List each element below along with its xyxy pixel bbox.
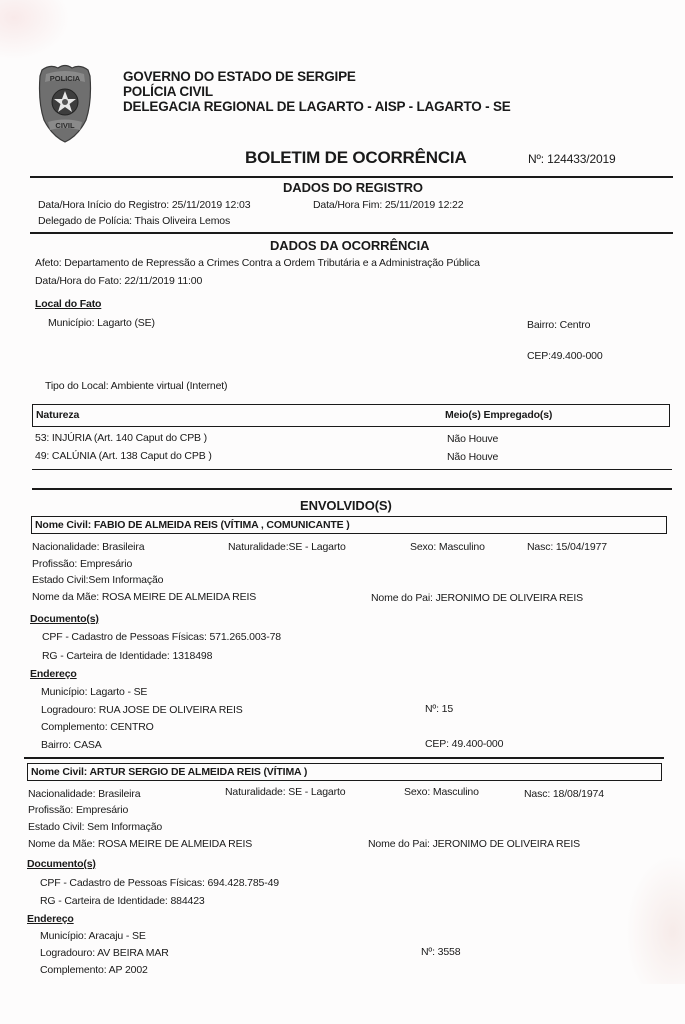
report-number: Nº: 124433/2019 xyxy=(528,152,616,166)
endereco-municipio: Município: Lagarto - SE xyxy=(41,686,147,698)
local-bairro: Bairro: Centro xyxy=(527,319,590,331)
person-sexo: Sexo: Masculino xyxy=(410,541,485,553)
column-header-natureza: Natureza xyxy=(36,409,79,421)
person-rg: RG - Carteira de Identidade: 1318498 xyxy=(42,650,212,662)
person-name: Nome Civil: ARTUR SERGIO DE ALMEIDA REIS… xyxy=(31,766,307,778)
section-heading-registro: DADOS DO REGISTRO xyxy=(283,180,423,195)
endereco-logradouro: Logradouro: RUA JOSE DE OLIVEIRA REIS xyxy=(41,704,243,716)
person-nasc: Nasc: 15/04/1977 xyxy=(527,541,607,553)
paper-stain xyxy=(625,854,685,984)
person-nacionalidade: Nacionalidade: Brasileira xyxy=(32,541,144,553)
ocorrencia-afeto: Afeto: Departamento de Repressão a Crime… xyxy=(35,257,480,269)
person-nasc: Nasc: 18/08/1974 xyxy=(524,788,604,800)
paper-stain xyxy=(0,0,70,60)
meio-cell: Não Houve xyxy=(447,433,498,445)
registro-fim: Data/Hora Fim: 25/11/2019 12:22 xyxy=(313,199,463,211)
person-naturalidade: Naturalidade:SE - Lagarto xyxy=(228,541,346,553)
person-mae: Nome da Mãe: ROSA MEIRE DE ALMEIDA REIS xyxy=(32,591,256,603)
person-sexo: Sexo: Masculino xyxy=(404,786,479,798)
person-name: Nome Civil: FABIO DE ALMEIDA REIS (VÍTIM… xyxy=(35,519,350,531)
natureza-table-header: Natureza Meio(s) Empregado(s) xyxy=(32,404,670,427)
endereco-cep: CEP: 49.400-000 xyxy=(425,738,503,750)
person-profissao: Profissão: Empresário xyxy=(32,558,132,570)
divider xyxy=(32,469,672,470)
section-heading-ocorrencia: DADOS DA OCORRÊNCIA xyxy=(270,238,429,253)
header-agency: POLÍCIA CIVIL xyxy=(123,84,213,99)
natureza-cell: 53: INJÚRIA (Art. 140 Caput do CPB ) xyxy=(35,432,207,444)
subheading-documentos: Documento(s) xyxy=(30,613,99,625)
person-naturalidade: Naturalidade: SE - Lagarto xyxy=(225,786,345,798)
person-cpf: CPF - Cadastro de Pessoas Físicas: 694.4… xyxy=(40,877,279,889)
endereco-bairro: Bairro: CASA xyxy=(41,739,102,751)
divider xyxy=(24,757,664,759)
header-government: GOVERNO DO ESTADO DE SERGIPE xyxy=(123,69,356,84)
person-nacionalidade: Nacionalidade: Brasileira xyxy=(28,788,140,800)
divider xyxy=(30,176,673,178)
subheading-endereco: Endereço xyxy=(30,668,77,680)
endereco-numero: Nº: 15 xyxy=(425,703,453,715)
section-heading-envolvidos: ENVOLVIDO(S) xyxy=(300,498,392,513)
registro-delegado: Delegado de Polícia: Thais Oliveira Lemo… xyxy=(38,215,230,227)
ocorrencia-data-fato: Data/Hora do Fato: 22/11/2019 11:00 xyxy=(35,275,202,287)
person-pai: Nome do Pai: JERONIMO DE OLIVEIRA REIS xyxy=(371,592,583,604)
person-mae: Nome da Mãe: ROSA MEIRE DE ALMEIDA REIS xyxy=(28,838,252,850)
divider xyxy=(32,488,672,490)
person-estado-civil: Estado Civil: Sem Informação xyxy=(28,821,162,833)
local-tipo: Tipo do Local: Ambiente virtual (Interne… xyxy=(45,380,227,392)
local-cep: CEP:49.400-000 xyxy=(527,350,603,362)
subheading-documentos: Documento(s) xyxy=(27,858,96,870)
person-name-box: Nome Civil: FABIO DE ALMEIDA REIS (VÍTIM… xyxy=(31,516,667,534)
subheading-local-fato: Local do Fato xyxy=(35,298,101,310)
person-estado-civil: Estado Civil:Sem Informação xyxy=(32,574,163,586)
police-badge-icon: POLICIA CIVIL xyxy=(36,62,94,144)
police-report-page: POLICIA CIVIL GOVERNO DO ESTADO DE SERGI… xyxy=(0,0,685,1024)
person-name-box: Nome Civil: ARTUR SERGIO DE ALMEIDA REIS… xyxy=(27,763,662,781)
header-delegacia: DELEGACIA REGIONAL DE LAGARTO - AISP - L… xyxy=(123,99,511,114)
endereco-complemento: Complemento: CENTRO xyxy=(41,721,154,733)
endereco-complemento: Complemento: AP 2002 xyxy=(40,964,148,976)
local-municipio: Município: Lagarto (SE) xyxy=(48,317,155,329)
svg-text:CIVIL: CIVIL xyxy=(55,121,75,130)
person-pai: Nome do Pai: JERONIMO DE OLIVEIRA REIS xyxy=(368,838,580,850)
endereco-municipio: Município: Aracaju - SE xyxy=(40,930,146,942)
person-rg: RG - Carteira de Identidade: 884423 xyxy=(40,895,205,907)
column-header-meios: Meio(s) Empregado(s) xyxy=(445,409,552,421)
document-title: BOLETIM DE OCORRÊNCIA xyxy=(245,148,467,168)
endereco-logradouro: Logradouro: AV BEIRA MAR xyxy=(40,947,169,959)
registro-inicio: Data/Hora Início do Registro: 25/11/2019… xyxy=(38,199,250,211)
svg-text:POLICIA: POLICIA xyxy=(50,74,81,83)
meio-cell: Não Houve xyxy=(447,451,498,463)
person-cpf: CPF - Cadastro de Pessoas Físicas: 571.2… xyxy=(42,631,281,643)
person-profissao: Profissão: Empresário xyxy=(28,804,128,816)
subheading-endereco: Endereço xyxy=(27,913,74,925)
endereco-numero: Nº: 3558 xyxy=(421,946,460,958)
divider xyxy=(30,232,673,234)
natureza-cell: 49: CALÚNIA (Art. 138 Caput do CPB ) xyxy=(35,450,212,462)
